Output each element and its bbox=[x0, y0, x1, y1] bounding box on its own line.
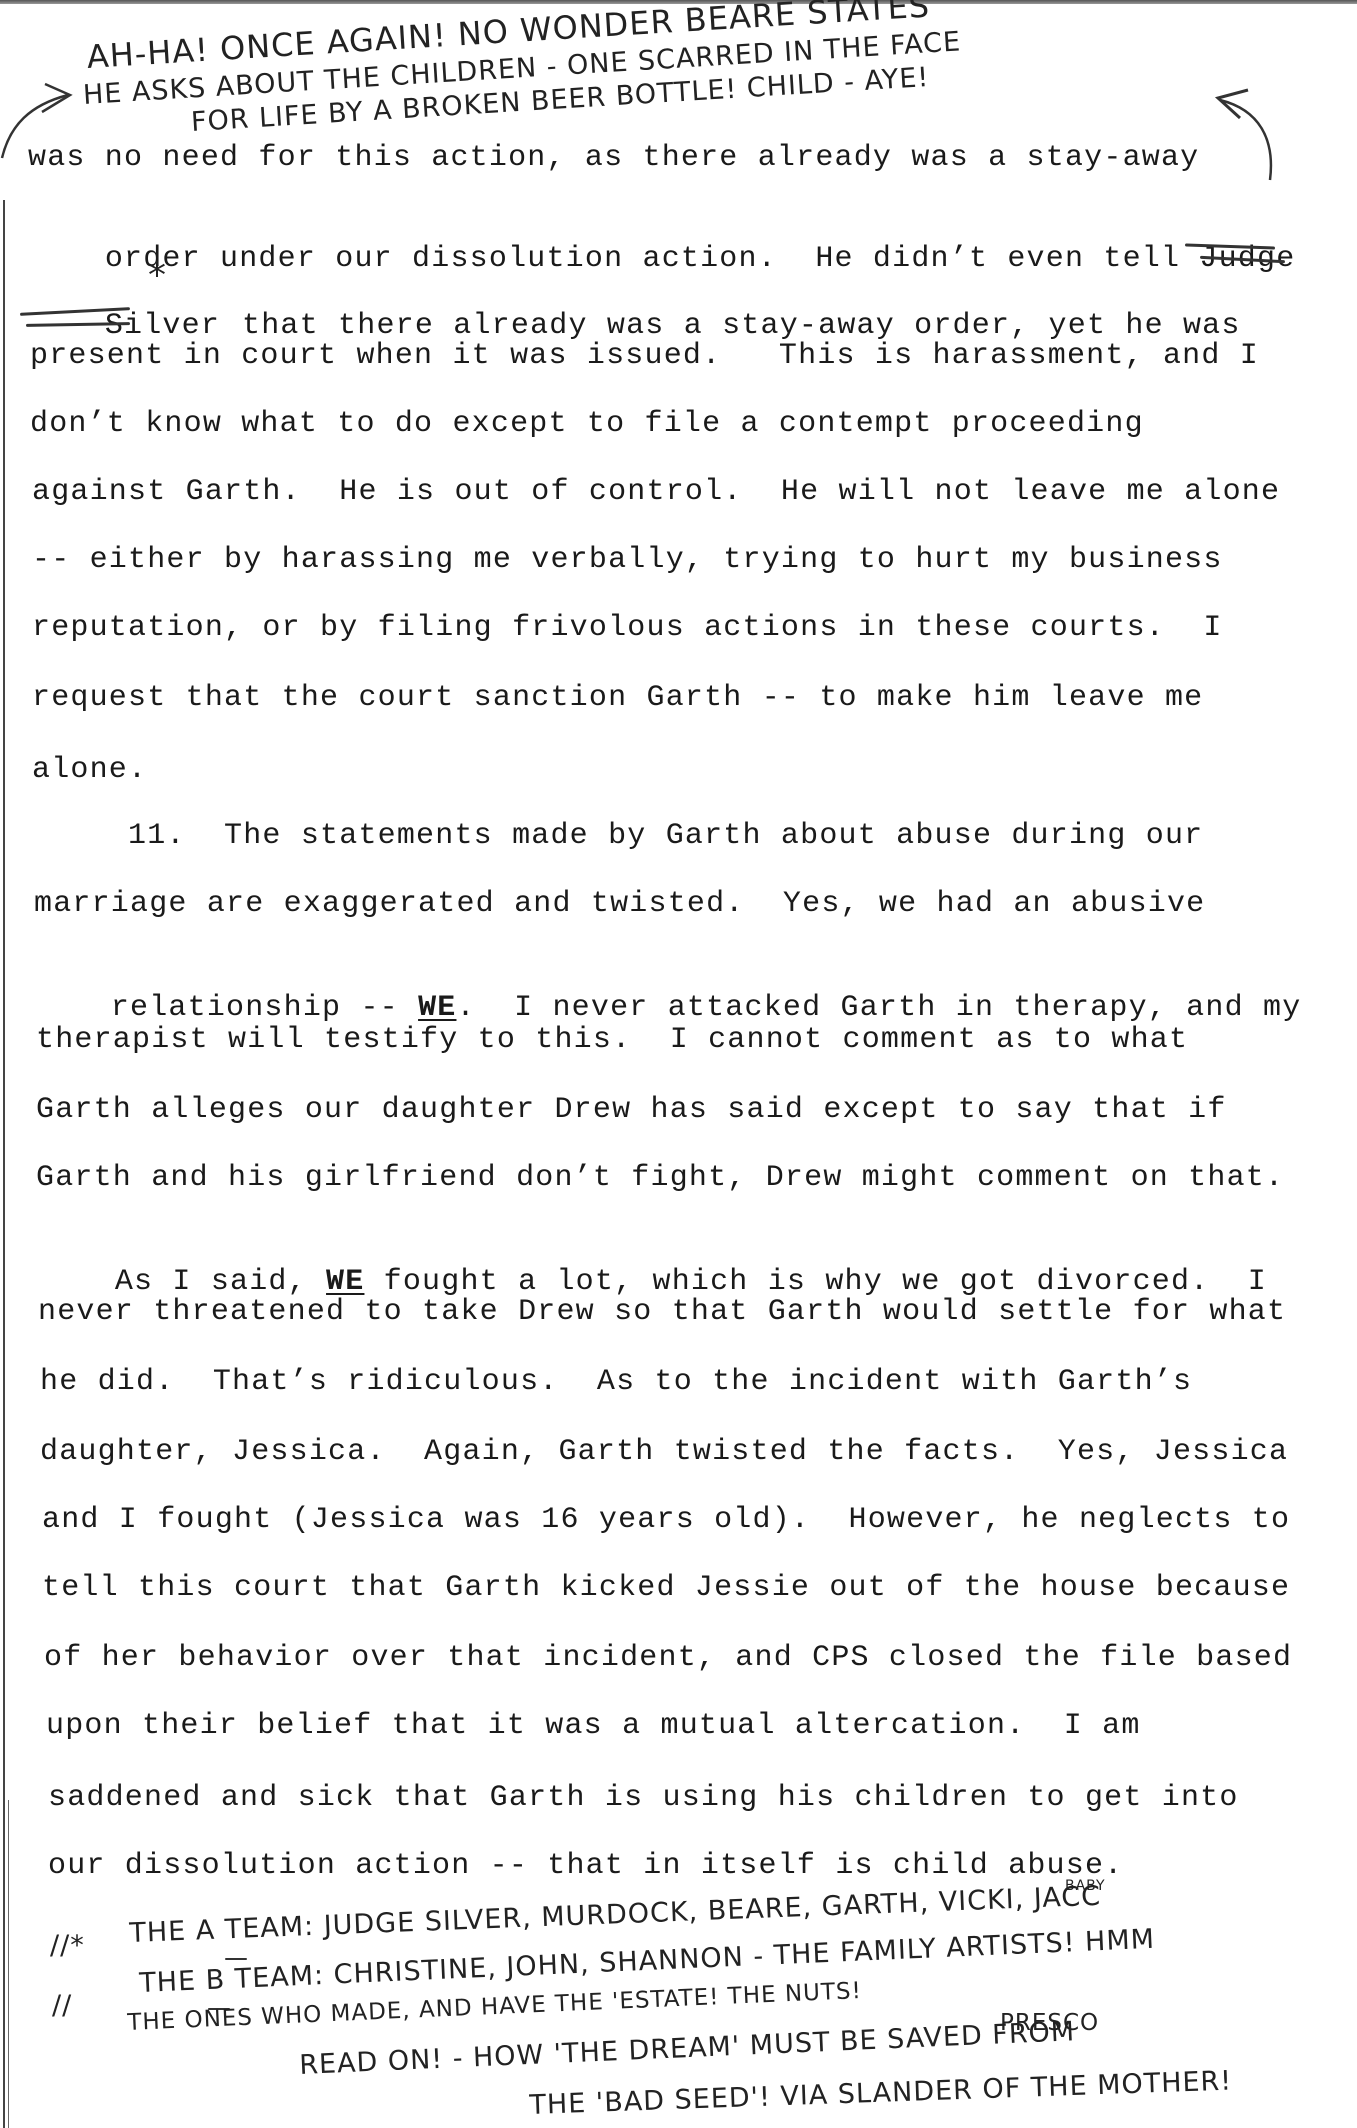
typed-line: and I fought (Jessica was 16 years old).… bbox=[42, 1502, 1290, 1538]
asterisk-mark: * bbox=[148, 255, 167, 296]
typed-text: relationship -- bbox=[111, 991, 418, 1025]
typed-text: order under our dissolution action. He d… bbox=[105, 242, 1200, 276]
typed-line: therapist will testify to this. I cannot… bbox=[36, 1022, 1188, 1058]
typed-line: Garth and his girlfriend don’t fight, Dr… bbox=[36, 1160, 1284, 1196]
we-underlined: WE bbox=[418, 991, 456, 1025]
typed-line: he did. That’s ridiculous. As to the inc… bbox=[40, 1364, 1192, 1400]
typed-line: tell this court that Garth kicked Jessie… bbox=[42, 1570, 1290, 1606]
typed-line: alone. bbox=[32, 752, 147, 788]
pen-underline bbox=[225, 1958, 247, 1960]
typed-line: present in court when it was issued. Thi… bbox=[30, 338, 1259, 374]
typed-line: reputation, or by filing frivolous actio… bbox=[32, 610, 1223, 646]
paragraph-11-start: 11. The statements made by Garth about a… bbox=[32, 818, 1203, 854]
typed-line: daughter, Jessica. Again, Garth twisted … bbox=[40, 1434, 1288, 1470]
typed-text: . I never attacked Garth in therapy, and… bbox=[456, 991, 1301, 1025]
typed-line: -- either by harassing me verbally, tryi… bbox=[32, 542, 1223, 578]
annotation-b-team-marker: // bbox=[52, 1990, 72, 2021]
typed-line: of her behavior over that incident, and … bbox=[44, 1640, 1292, 1676]
annotation-a-team-marker: //* bbox=[50, 1930, 85, 1961]
typed-line: was no need for this action, as there al… bbox=[28, 140, 1199, 176]
typed-line: don’t know what to do except to file a c… bbox=[30, 406, 1144, 442]
typed-line: saddened and sick that Garth is using hi… bbox=[48, 1780, 1239, 1816]
typed-line: request that the court sanction Garth --… bbox=[32, 680, 1203, 716]
typed-body: was no need for this action, as there al… bbox=[0, 0, 1357, 2128]
typed-line: marriage are exaggerated and twisted. Ye… bbox=[34, 886, 1205, 922]
typed-line: never threatened to take Drew so that Ga… bbox=[38, 1294, 1286, 1330]
typed-line: upon their belief that it was a mutual a… bbox=[46, 1708, 1141, 1744]
typed-line: our dissolution action -- that in itself… bbox=[48, 1848, 1123, 1884]
typed-line: against Garth. He is out of control. He … bbox=[32, 474, 1280, 510]
typed-line: Garth alleges our daughter Drew has said… bbox=[36, 1092, 1227, 1128]
